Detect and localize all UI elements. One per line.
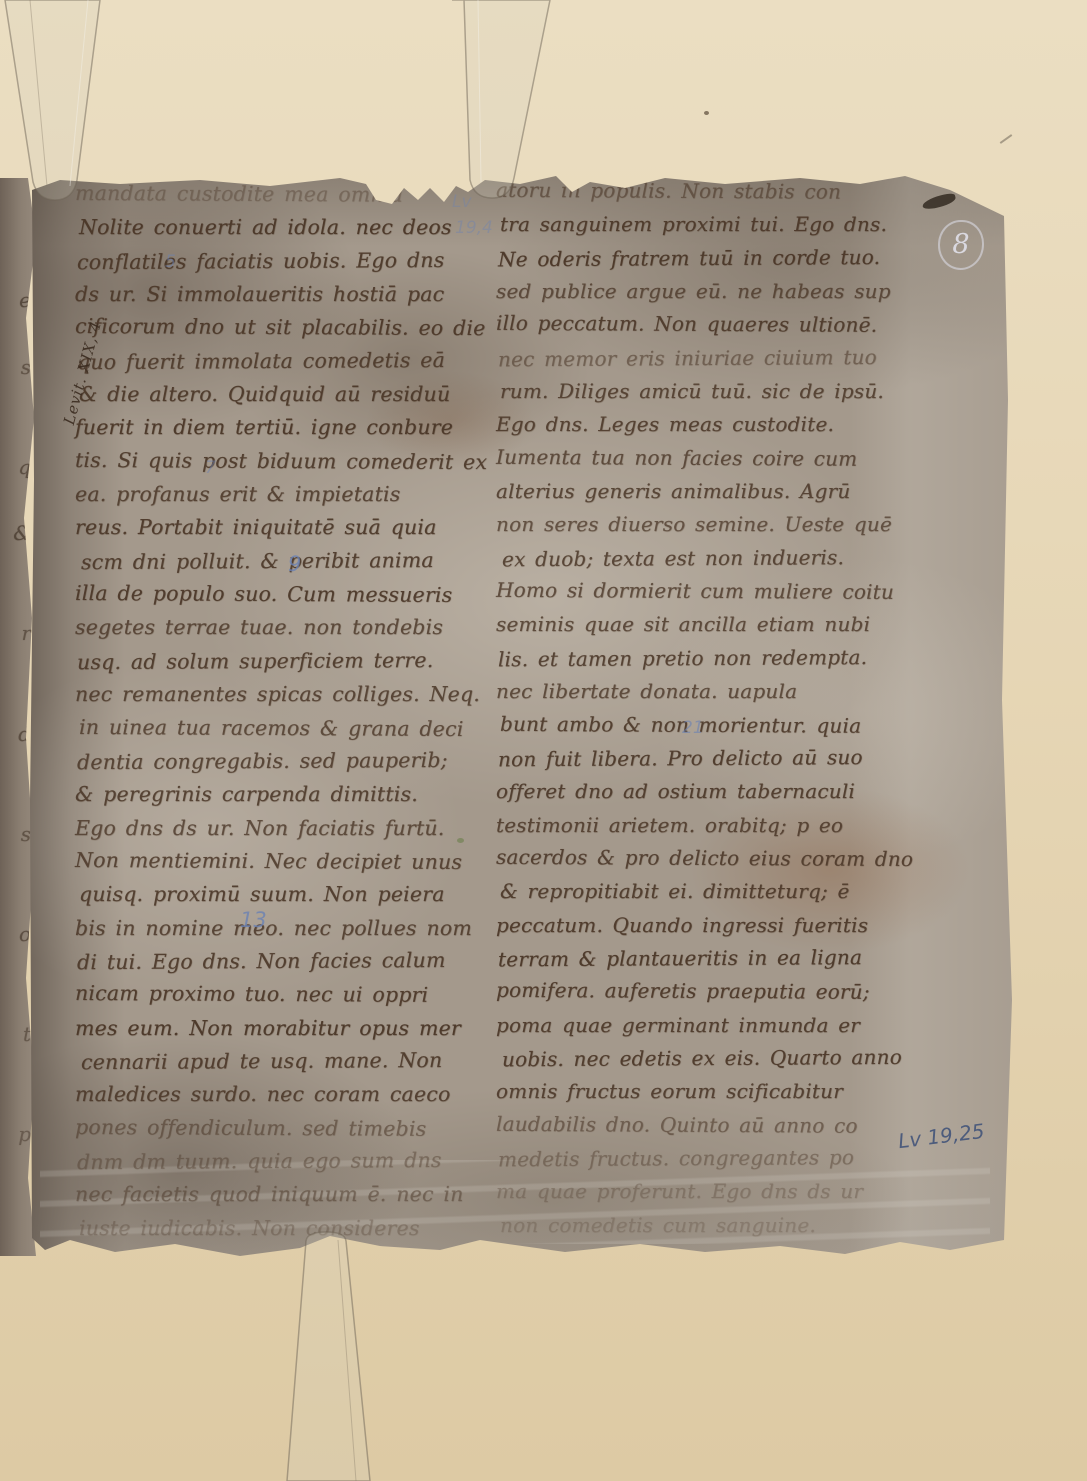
manuscript-line: tra sanguinem proximi tui. Ego dns. bbox=[500, 208, 938, 241]
manuscript-line: illa de populo suo. Cum messueris bbox=[75, 577, 473, 612]
gutter-text-fragment: & bbox=[0, 517, 34, 550]
manuscript-line: Non mentiemini. Nec decipiet unus bbox=[75, 844, 473, 879]
manuscript-line: ex duob; texta est non indueris. bbox=[502, 540, 940, 576]
gutter-text-fragments: esq&rdsotp bbox=[0, 184, 34, 1251]
manuscript-line: nec facietis quod iniquum ē. nec in bbox=[75, 1178, 473, 1211]
manuscript-line: pomifera. auferetis praeputia eorū; bbox=[496, 974, 938, 1010]
manuscript-line: cificorum dno ut sit placabilis. eo die bbox=[75, 310, 473, 345]
mount-clip-top-center bbox=[452, 0, 550, 198]
manuscript-line: scm dni polluit. & peribit anima bbox=[81, 544, 475, 580]
verse-number-5: 5 bbox=[165, 252, 176, 272]
manuscript-line: fuerit in diem tertiū. igne conbure bbox=[75, 411, 473, 444]
clip-edge-line bbox=[30, 0, 47, 186]
gutter-text-fragment bbox=[0, 1051, 34, 1084]
verse-number-21: 21 bbox=[682, 718, 704, 738]
gutter-text-fragment: d bbox=[0, 718, 34, 751]
text-column-right: atoru in populis. Non stabis contra sang… bbox=[496, 175, 938, 1242]
pencil-tick bbox=[1000, 134, 1013, 144]
manuscript-line: non comedetis cum sanguine. bbox=[500, 1209, 938, 1242]
manuscript-line: Iumenta tua non facies coire cum bbox=[496, 441, 938, 477]
manuscript-line: lis. et tamen pretio non redempta. bbox=[498, 640, 940, 676]
manuscript-line: sed publice argue eū. ne habeas sup bbox=[496, 275, 938, 308]
manuscript-line: & peregrinis carpenda dimittis. bbox=[75, 778, 473, 811]
verse-number-7: 7 bbox=[205, 458, 216, 478]
gutter-text-fragment bbox=[0, 884, 34, 917]
manuscript-line: pones offendiculum. sed timebis bbox=[75, 1111, 473, 1146]
gutter-text-fragment bbox=[0, 951, 34, 984]
gutter-text-fragment bbox=[0, 584, 34, 617]
manuscript-line: usq. ad solum superficiem terre. bbox=[77, 644, 475, 680]
manuscript-line: poma quae germinant inmunda er bbox=[496, 1009, 938, 1042]
gutter-text-fragment bbox=[0, 417, 34, 450]
gutter-text-fragment bbox=[0, 1084, 34, 1117]
gutter-text-fragment bbox=[0, 184, 34, 217]
manuscript-line: quo fuerit immolata comedetis eā bbox=[77, 343, 475, 379]
manuscript-line: in uinea tua racemos & grana deci bbox=[79, 710, 473, 745]
manuscript-line: maledices surdo. nec coram caeco bbox=[75, 1078, 473, 1111]
manuscript-line: ma quae proferunt. Ego dns ds ur bbox=[496, 1175, 938, 1208]
manuscript-line: seminis quae sit ancilla etiam nubi bbox=[496, 608, 938, 641]
text-column-left: mandata custodite mea omniaNolite conuer… bbox=[75, 178, 473, 1245]
verse-ref-lv: Lv bbox=[452, 192, 472, 212]
verse-number-9: 9 bbox=[288, 552, 301, 576]
verse-ref-19-4: 19,4 bbox=[455, 218, 493, 238]
manuscript-line: nec remanentes spicas colliges. Neq. bbox=[75, 678, 473, 711]
manuscript-line: dnm dm tuum. quia ego sum dns bbox=[77, 1144, 475, 1180]
gutter-text-fragment bbox=[0, 317, 34, 350]
manuscript-line: terram & plantaueritis in ea ligna bbox=[498, 941, 940, 977]
gutter-text-fragment: s bbox=[0, 351, 34, 384]
gutter-text-fragment: r bbox=[0, 617, 34, 650]
manuscript-line: offeret dno ad ostium tabernaculi bbox=[496, 775, 938, 808]
manuscript-line: segetes terrae tuae. non tondebis bbox=[75, 611, 473, 644]
manuscript-line: & die altero. Quidquid aū residuū bbox=[79, 378, 473, 411]
manuscript-line: conflatiles faciatis uobis. Ego dns bbox=[77, 243, 475, 279]
gutter-text-fragment bbox=[0, 551, 34, 584]
photo-stage: esq&rdsotp mandata custodite mea omniaNo… bbox=[0, 0, 1087, 1481]
manuscript-line: nec libertate donata. uapula bbox=[496, 675, 938, 708]
manuscript-line: bis in nomine meo. nec pollues nom bbox=[75, 912, 473, 945]
gutter-text-fragment bbox=[0, 651, 34, 684]
manuscript-line: rum. Diliges amicū tuū. sic de ipsū. bbox=[500, 375, 938, 408]
verse-number-13: 13 bbox=[240, 908, 267, 932]
manuscript-line: mes eum. Non morabitur opus mer bbox=[75, 1012, 473, 1045]
gutter-text-fragment: o bbox=[0, 918, 34, 951]
gutter-text-fragment: e bbox=[0, 284, 34, 317]
clip-edge-line bbox=[70, 0, 88, 186]
manuscript-line: Nolite conuerti ad idola. nec deos bbox=[79, 211, 473, 244]
manuscript-line: sacerdos & pro delicto eius coram dno bbox=[496, 841, 938, 877]
manuscript-line: non seres diuerso semine. Ueste quē bbox=[496, 508, 938, 541]
manuscript-line: illo peccatum. Non quaeres ultionē. bbox=[496, 307, 938, 343]
clip-edge-line bbox=[338, 1240, 356, 1481]
manuscript-line: omnis fructus eorum scificabitur bbox=[496, 1075, 938, 1108]
gutter-text-fragment bbox=[0, 751, 34, 784]
manuscript-line: testimonii arietem. orabitq; p eo bbox=[496, 809, 938, 842]
manuscript-line: nec memor eris iniuriae ciuium tuo bbox=[498, 340, 940, 376]
manuscript-line: cennarii apud te usq. mane. Non bbox=[81, 1044, 475, 1080]
gutter-text-fragment bbox=[0, 384, 34, 417]
gutter-text-fragment: t bbox=[0, 1018, 34, 1051]
manuscript-line: dentia congregabis. sed pauperib; bbox=[77, 744, 475, 780]
manuscript-line: peccatum. Quando ingressi fueritis bbox=[496, 909, 938, 942]
manuscript-line: ea. profanus erit & impietatis bbox=[75, 478, 473, 511]
manuscript-line: uobis. nec edetis ex eis. Quarto anno bbox=[502, 1041, 940, 1077]
manuscript-line: Ego dns ds ur. Non faciatis furtū. bbox=[75, 812, 473, 845]
manuscript-line: quisq. proximū suum. Non peiera bbox=[79, 878, 473, 911]
gutter-text-fragment bbox=[0, 1218, 34, 1251]
gutter-text-fragment bbox=[0, 217, 34, 250]
manuscript-line: alterius generis animalibus. Agrū bbox=[496, 475, 938, 508]
manuscript-line: nicam proximo tuo. nec ui oppri bbox=[75, 977, 473, 1012]
dust-speck bbox=[704, 111, 709, 115]
gutter-text-fragment bbox=[0, 1151, 34, 1184]
gutter-text-fragment bbox=[0, 984, 34, 1017]
manuscript-line: non fuit libera. Pro delicto aū suo bbox=[498, 740, 940, 776]
folio-number: 8 bbox=[938, 220, 984, 270]
manuscript-line: bunt ambo & non morientur. quia bbox=[500, 707, 938, 743]
manuscript-line: mandata custodite mea omnia bbox=[75, 177, 473, 212]
manuscript-line: ds ur. Si immolaueritis hostiā pac bbox=[75, 278, 473, 311]
manuscript-line: atoru in populis. Non stabis con bbox=[496, 174, 938, 210]
gutter-text-fragment: p bbox=[0, 1118, 34, 1151]
manuscript-line: iuste iudicabis. Non consideres bbox=[79, 1212, 473, 1245]
gutter-text-fragment bbox=[0, 784, 34, 817]
manuscript-line: tis. Si quis post biduum comederit ex bbox=[75, 444, 473, 479]
parchment-folio: mandata custodite mea omniaNolite conuer… bbox=[30, 170, 1012, 1260]
manuscript-line: & repropitiabit ei. dimitteturq; ē bbox=[500, 875, 938, 908]
mount-clip-bottom bbox=[287, 1232, 370, 1481]
manuscript-line: laudabilis dno. Quinto aū anno co bbox=[496, 1107, 938, 1143]
gutter-text-fragment bbox=[0, 851, 34, 884]
gutter-text-fragment bbox=[0, 484, 34, 517]
gutter-text-fragment bbox=[0, 684, 34, 717]
gutter-text-fragment bbox=[0, 1184, 34, 1217]
mount-clip-top-left bbox=[5, 0, 100, 200]
gutter-text-fragment bbox=[0, 251, 34, 284]
manuscript-line: di tui. Ego dns. Non facies calum bbox=[77, 944, 475, 980]
clip-edge-line bbox=[478, 0, 481, 182]
manuscript-line: medetis fructus. congregantes po bbox=[498, 1141, 940, 1177]
manuscript-line: reus. Portabit iniquitatē suā quia bbox=[75, 511, 473, 544]
manuscript-line: Ego dns. Leges meas custodite. bbox=[496, 408, 938, 441]
manuscript-line: Homo si dormierit cum muliere coitu bbox=[496, 574, 938, 610]
gutter-text-fragment: s bbox=[0, 818, 34, 851]
pigment-speck bbox=[457, 838, 464, 843]
gutter-text-fragment: q bbox=[0, 451, 34, 484]
manuscript-line: Ne oderis fratrem tuū in corde tuo. bbox=[498, 240, 940, 276]
